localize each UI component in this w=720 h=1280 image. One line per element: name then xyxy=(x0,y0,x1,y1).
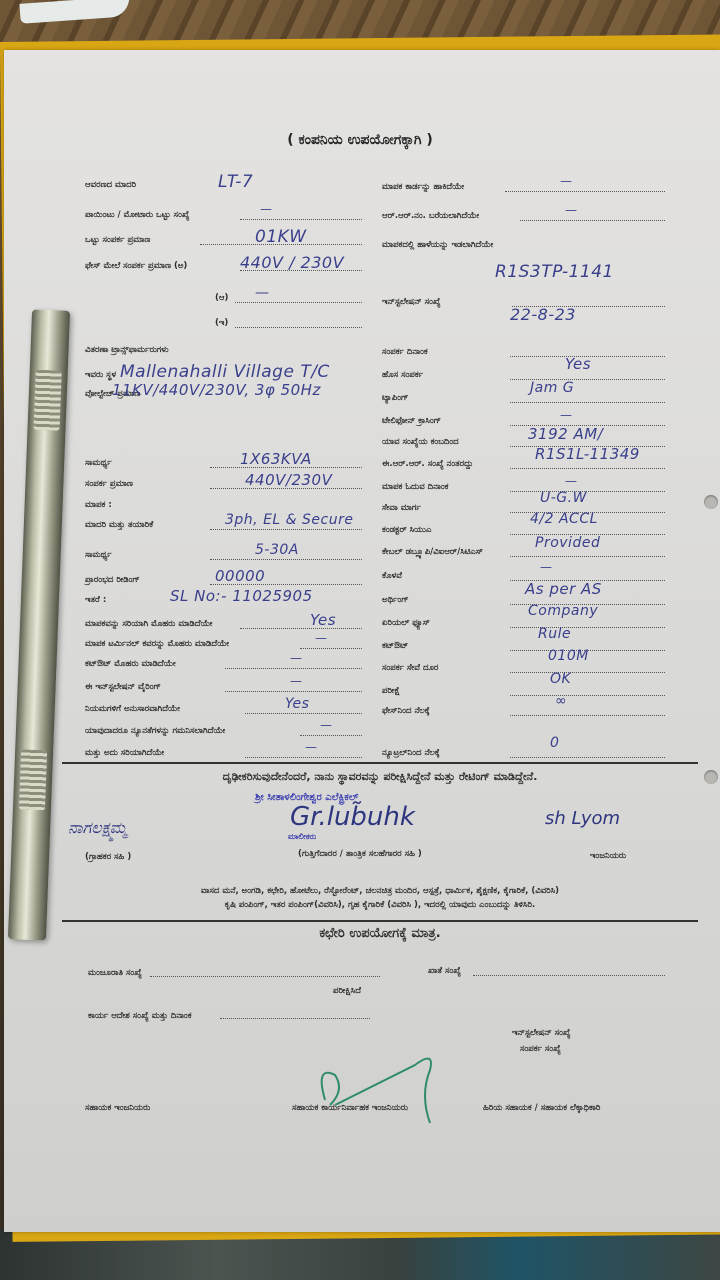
right-field-label: ಫೇಸ್‌ನಿಂದ ನೆಲಕ್ಕೆ xyxy=(382,706,430,716)
left-field-label: ಕಟ್‌ಔಟ್ ಮೊಹರು ಮಾಡಿದೆಯೇ xyxy=(85,659,176,669)
pen-grip xyxy=(33,370,61,431)
right-field-line[interactable] xyxy=(520,220,665,221)
left-field-label: ಮತ್ತು ಅದು ಸರಿಯಾಗಿದೆಯೇ xyxy=(85,748,164,758)
declaration-text: ದೃಢೀಕರಿಸುವುದೇನೆಂದರೆ, ನಾನು ಸ್ಥಾವರವನ್ನು ಪರ… xyxy=(60,770,700,784)
right-field-line[interactable] xyxy=(510,672,665,673)
right-field-label: ಆರ್.ಆರ್.ನಂ. ಬರೆಯಲಾಗಿದೆಯೇ xyxy=(382,211,479,221)
right-field-label: ಮಾಪಕ ಕಾರ್ಡನ್ನು ಹಾಕಿದೆಯೇ xyxy=(382,182,464,192)
left-handwritten-value[interactable]: 440V/230V xyxy=(245,471,332,489)
left-field-label: ಸಂಪರ್ಕ ಪ್ರಮಾಣ xyxy=(85,479,133,489)
left-handwritten-value[interactable]: — xyxy=(255,285,270,301)
right-handwritten-value[interactable]: 0 xyxy=(550,735,559,751)
left-field-label: (ಆ) xyxy=(215,293,228,303)
office-use-title: ಕಛೇರಿ ಉಪಯೋಗಕ್ಕೆ ಮಾತ್ರ. xyxy=(60,926,700,941)
left-handwritten-value[interactable]: — xyxy=(305,740,318,754)
right-handwritten-value[interactable]: 22-8-23 xyxy=(510,305,576,324)
left-field-line[interactable] xyxy=(240,628,362,629)
left-field-line[interactable] xyxy=(235,327,362,328)
left-handwritten-value[interactable]: 00000 xyxy=(215,567,265,585)
customer-sign-label: (ಗ್ರಾಹಕರ ಸಹಿ ) xyxy=(85,852,131,862)
right-field-line[interactable] xyxy=(510,468,665,469)
left-field-label: ಪ್ರಾರಂಭದ ರೀಡಿಂಗ್ xyxy=(85,575,140,585)
left-handwritten-value[interactable]: 5-30A xyxy=(255,542,299,558)
punch-hole xyxy=(704,495,718,509)
right-handwritten-value[interactable]: 010M xyxy=(548,648,589,664)
installation-number-label: ಇನ್‌ಸ್ಟಲೇಷನ್ ಸಂಖ್ಯೆ xyxy=(512,1028,571,1038)
form-title: ( ಕಂಪನಿಯ ಉಪಯೋಗಕ್ಕಾಗಿ ) xyxy=(0,132,720,148)
right-field-label: ಕಂಡಕ್ಟರ್ ಸಿಯುಎ xyxy=(382,525,431,535)
right-handwritten-value[interactable]: — xyxy=(560,174,573,188)
left-handwritten-value[interactable]: Mallenahalli Village T/C xyxy=(120,362,330,382)
left-handwritten-value[interactable]: 440V / 230V xyxy=(240,253,344,272)
right-field-label: ಟ್ಯಾಪಿಂಗ್ xyxy=(382,393,408,403)
right-field-line[interactable] xyxy=(510,627,665,628)
left-handwritten-value[interactable]: 11KV/440V/230V, 3φ 50Hz xyxy=(112,381,321,399)
accounts-officer-label: ಹಿರಿಯ ಸಹಾಯಕ / ಸಹಾಯಕ ಲೆಕ್ಕಾಧಿಕಾರಿ xyxy=(483,1103,600,1113)
contractor-sign-label: (ಗುತ್ತಿಗೆದಾರರ / ತಾಂತ್ರಿಕ ಸಲಹೆಗಾರರ ಸಹಿ ) xyxy=(298,849,422,859)
left-field-line[interactable] xyxy=(210,529,362,530)
left-handwritten-value[interactable]: Yes xyxy=(285,696,309,712)
left-handwritten-value[interactable]: 01KW xyxy=(255,227,307,247)
punch-hole xyxy=(704,770,718,784)
left-field-line[interactable] xyxy=(235,302,362,303)
right-handwritten-value[interactable]: Yes xyxy=(565,355,591,373)
left-field-line[interactable] xyxy=(225,691,362,692)
asst-engineer-label: ಸಹಾಯಕ ಇಂಜನಿಯರು xyxy=(85,1103,150,1113)
right-field-line[interactable] xyxy=(505,191,665,192)
engineer-sign-label: ಇಂಜನಿಯರು xyxy=(590,851,626,861)
building-types-line1: ವಾಸದ ಮನೆ, ಅಂಗಡಿ, ಕಛೇರಿ, ಹೋಟೆಲು, ರೆಸ್ಟೋರೆ… xyxy=(60,886,700,896)
left-field-line[interactable] xyxy=(245,757,362,758)
left-handwritten-value[interactable]: — xyxy=(315,631,328,645)
right-field-label: ಸಂಪರ್ಕ ದಿನಾಂಕ xyxy=(382,347,428,357)
left-field-label: ಪಾಯಿಂಟು / ಮೋಟಾರು ಒಟ್ಟು ಸಂಖ್ಯೆ xyxy=(85,210,190,220)
right-field-label: ಪರೀಕ್ಷೆ xyxy=(382,686,400,696)
right-field-label: ಏರಿಯಲ್ ಫ್ಯೂಸ್ xyxy=(382,618,430,628)
right-handwritten-value[interactable]: ∞ xyxy=(555,693,567,709)
sanction-number-label: ಮಂಜೂರಾತಿ ಸಂಖ್ಯೆ xyxy=(88,968,142,978)
right-field-label: ಕಟ್‌ಔಟ್ xyxy=(382,641,408,651)
right-handwritten-value[interactable]: As per AS xyxy=(525,580,602,598)
right-field-line[interactable] xyxy=(510,491,665,492)
right-field-line[interactable] xyxy=(510,556,665,557)
account-number-field[interactable] xyxy=(473,975,665,976)
right-field-label: ಕೊಳವೆ xyxy=(382,571,402,581)
left-handwritten-value[interactable]: LT-7 xyxy=(218,172,253,192)
right-field-label: ಯಾವ ಸಂಖ್ಯೆಯ ಕಂಬದಿಂದ xyxy=(382,437,459,447)
left-field-label: ಇವರು ಸ್ಥಳ xyxy=(85,370,116,380)
right-handwritten-value[interactable]: Provided xyxy=(535,535,600,551)
right-handwritten-value[interactable]: — xyxy=(565,474,578,488)
left-handwritten-value[interactable]: 1X63KVA xyxy=(240,450,312,468)
left-field-label: ಮಾಪಕ ಟರ್ಮಿನಲ್ ಕವರನ್ನು ಮೊಹರು ಮಾಡಿದೆಯೇ xyxy=(85,639,229,649)
right-handwritten-value[interactable]: Rule xyxy=(538,626,571,642)
right-handwritten-value[interactable]: R1S1L-11349 xyxy=(535,445,640,463)
left-handwritten-value[interactable]: — xyxy=(260,202,273,216)
left-field-label: ಒಟ್ಟು ಸಂಪರ್ಕ ಪ್ರಮಾಣ xyxy=(85,235,150,245)
right-handwritten-value[interactable]: 4/2 ACCL xyxy=(530,511,598,527)
right-field-line[interactable] xyxy=(510,757,665,758)
left-field-label: (ಇ) xyxy=(215,318,228,328)
contractor-signature: Gr.lub̃uhk xyxy=(290,802,415,832)
left-field-label: ಸಾಮರ್ಥ್ಯ xyxy=(85,458,112,468)
right-field-label: ಸೇವಾ ಮಾರ್ಗ xyxy=(382,503,421,513)
right-handwritten-value[interactable]: 3192 AM/ xyxy=(528,425,603,443)
right-handwritten-value[interactable]: R1S3TP-1141 xyxy=(495,262,614,282)
left-handwritten-value[interactable]: — xyxy=(290,674,303,688)
left-field-line[interactable] xyxy=(240,219,362,220)
left-field-label: ಮಾದರಿ ಮತ್ತು ತಯಾರಿಕೆ xyxy=(85,520,153,530)
right-field-label: ಮಾಪಕದಲ್ಲಿ ಹಾಳೆಯನ್ನು ಇಡಲಾಗಿದೆಯೇ xyxy=(382,240,493,250)
sanction-number-field[interactable] xyxy=(150,976,380,977)
right-field-label: ನ್ಯೂಟ್ರಲ್‌ನಿಂದ ನೆಲಕ್ಕೆ xyxy=(382,748,440,758)
left-field-label: ಇತರೆ : xyxy=(85,595,106,605)
left-field-label: ಸಾಮರ್ಥ್ಯ xyxy=(85,550,112,560)
right-field-label: ಟೇಲಿಫೋನ್ ಕ್ರಾಸಿಂಗ್ xyxy=(382,416,441,426)
customer-signature: ನಾಗಲಕ್ಷ್ಮಮ್ಮ xyxy=(68,818,127,838)
stamp-owner: ಮಾಲೀಕರು xyxy=(288,832,316,842)
right-handwritten-value[interactable]: U-G.W xyxy=(540,490,587,506)
work-order-label: ಕಾರ್ಯ ಆದೇಶ ಸಂಖ್ಯೆ ಮತ್ತು ದಿನಾಂಕ xyxy=(88,1011,192,1021)
left-field-label: ಮಾಪಕವನ್ನು ಸರಿಯಾಗಿ ಮೊಹರು ಮಾಡಿದೆಯೇ xyxy=(85,619,213,629)
left-handwritten-value[interactable]: — xyxy=(320,718,333,732)
right-handwritten-value[interactable]: — xyxy=(540,560,553,574)
divider xyxy=(62,762,698,764)
officer-signature xyxy=(295,1045,455,1125)
right-field-label: ಅರ್ಥಿಂಗ್ xyxy=(382,595,409,605)
right-handwritten-value[interactable]: Company xyxy=(528,603,598,619)
left-field-label: ಈ ಇನ್‌ಸ್ಟಲೇಷನ್ ವೈರಿಂಗ್ xyxy=(85,682,161,692)
left-handwritten-value[interactable]: Yes xyxy=(310,611,336,629)
engineer-signature: sh Lyom xyxy=(545,808,620,829)
left-field-line[interactable] xyxy=(300,735,362,736)
right-handwritten-value[interactable]: — xyxy=(565,203,578,217)
right-field-line[interactable] xyxy=(510,715,665,716)
left-field-line[interactable] xyxy=(300,648,362,649)
left-handwritten-value[interactable]: 3ph, EL & Secure xyxy=(225,512,353,528)
right-field-label: ಮಾಪಕ ಓದುವ ದಿನಾಂಕ xyxy=(382,482,448,492)
left-field-line[interactable] xyxy=(210,559,362,560)
left-handwritten-value[interactable]: SL No:- 11025905 xyxy=(170,587,313,605)
right-handwritten-value[interactable]: OK xyxy=(550,671,571,687)
asst-exec-engineer-label: ಸಹಾಯಕ ಕಾರ್ಯನಿರ್ವಾಹಕ ಇಂಜನಿಯರು xyxy=(292,1103,408,1113)
right-handwritten-value[interactable]: — xyxy=(560,408,573,422)
building-types-line2: ಕೃಷಿ ಪಂಪಿಂಗ್, ಇತರ ಪಂಪಿಂಗ್(ವಿವರಿಸಿ), ಗೃಹ … xyxy=(60,900,700,910)
left-field-label: ಫೇಸ್ ಮೇಲೆ ಸಂಪರ್ಕ ಪ್ರಮಾಣ (ಅ) xyxy=(85,261,187,271)
left-handwritten-value[interactable]: — xyxy=(290,651,303,665)
checked-label: ಪರೀಕ್ಷಿಸಿದೆ xyxy=(333,986,361,996)
right-field-label: ಹೊಸ ಸಂಪರ್ಕ xyxy=(382,370,423,380)
pen-grip xyxy=(19,749,47,810)
left-field-line[interactable] xyxy=(245,713,362,714)
connection-number-label: ಸಂಪರ್ಕ ಸಂಖ್ಯೆ xyxy=(520,1044,561,1054)
left-field-label: ಆವರಣದ ಮಾದರಿ xyxy=(85,180,136,190)
right-field-label: ಇನ್‌ಸ್ಟಲೇಷನ್ ಸಂಖ್ಯೆ xyxy=(382,297,441,307)
right-field-label: ಸಂಪರ್ಕ ಸೇವೆ ದೂರ xyxy=(382,663,438,673)
left-field-label: ವಿತರಣಾ ಟ್ರಾನ್ಸ್‌ಫಾರ್ಮರುಗಳು xyxy=(85,345,169,355)
left-field-line[interactable] xyxy=(225,668,362,669)
divider xyxy=(62,920,698,922)
left-field-label: ನಿಯಮಗಳಿಗೆ ಅನುಸಾರವಾಗಿದೆಯೇ xyxy=(85,704,180,714)
left-field-label: ಮಾಪಕ : xyxy=(85,500,112,510)
left-field-label: ಯಾವುದಾದರೂ ನ್ಯೂನತೆಗಳನ್ನು ಗಮನಿಸಲಾಗಿದೆಯೇ xyxy=(85,726,225,736)
right-field-label: ಈ.ಆರ್.ಆರ್. ಸಂಖ್ಯೆ ನಂತರದ್ದು xyxy=(382,459,473,469)
work-order-field[interactable] xyxy=(220,1018,370,1019)
right-field-label: ಕೇಬಲ್ ಡಬ್ಲ್ಯೂಪಿ/ವಿಐಆರ್/ಸಿಟಿಎಸ್ xyxy=(382,547,483,557)
right-field-line[interactable] xyxy=(510,695,665,696)
right-field-line[interactable] xyxy=(510,402,665,403)
account-number-label: ಖಾತೆ ಸಂಖ್ಯೆ xyxy=(428,966,461,976)
right-handwritten-value[interactable]: Jam G xyxy=(530,380,574,396)
